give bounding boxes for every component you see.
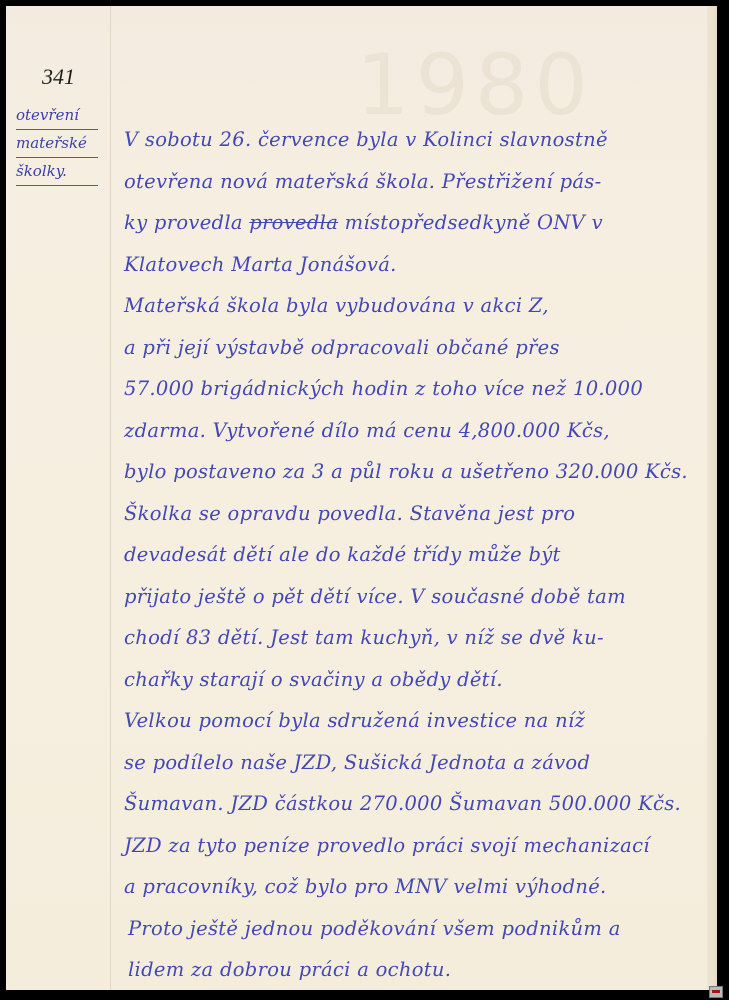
text-segment: místopředsedkyně ONV v: [338, 211, 603, 234]
text-line: V sobotu 26. července byla v Kolinci sla…: [124, 119, 714, 161]
text-line: a pracovníky, což bylo pro MNV velmi výh…: [124, 866, 714, 908]
text-line: chodí 83 dětí. Jest tam kuchyň, v níž se…: [124, 617, 714, 659]
text-line: Šumavan. JZD částkou 270.000 Šumavan 500…: [124, 783, 714, 825]
text-segment: ky provedla: [124, 211, 249, 234]
text-line: 57.000 brigádnických hodin z toho více n…: [124, 368, 714, 410]
margin-note-line: mateřské: [16, 130, 98, 158]
text-line: Mateřská škola byla vybudována v akci Z,: [124, 285, 714, 327]
struck-word: provedla: [249, 211, 338, 234]
text-line: devadesát dětí ale do každé třídy může b…: [124, 534, 714, 576]
viewer-minimize-icon[interactable]: [709, 986, 723, 998]
text-line: JZD za tyto peníze provedlo práci svojí …: [124, 825, 714, 867]
text-line: Klatovech Marta Jonášová.: [124, 244, 714, 286]
text-line: se podílelo naše JZD, Sušická Jednota a …: [124, 742, 714, 784]
text-line: zdarma. Vytvořené dílo má cenu 4,800.000…: [124, 410, 714, 452]
text-line: otevřena nová mateřská škola. Přestřižen…: [124, 161, 714, 203]
margin-note-line: otevření: [16, 102, 98, 130]
text-line: Školka se opravdu povedla. Stavěna jest …: [124, 493, 714, 535]
text-line: Velkou pomocí byla sdružená investice na…: [124, 700, 714, 742]
handwritten-entry: V sobotu 26. července byla v Kolinci sla…: [124, 119, 714, 990]
text-line: ky provedla provedla místopředsedkyně ON…: [124, 202, 714, 244]
text-line: lidem za dobrou práci a ochotu.: [124, 949, 714, 990]
text-line: bylo postaveno za 3 a půl roku a ušetřen…: [124, 451, 714, 493]
text-line: přijato ještě o pět dětí více. V současn…: [124, 576, 714, 618]
page-number: 341: [42, 64, 75, 90]
text-line: Proto ještě jednou poděkování všem podni…: [124, 908, 714, 950]
text-line: a při její výstavbě odpracovali občané p…: [124, 327, 714, 369]
text-line: chařky starají o svačiny a obědy dětí.: [124, 659, 714, 701]
ledger-page: 1980 341 otevření mateřské školky. V sob…: [6, 6, 717, 990]
margin-note: otevření mateřské školky.: [16, 102, 111, 186]
margin-note-line: školky.: [16, 158, 98, 186]
minimize-bar: [712, 990, 720, 993]
